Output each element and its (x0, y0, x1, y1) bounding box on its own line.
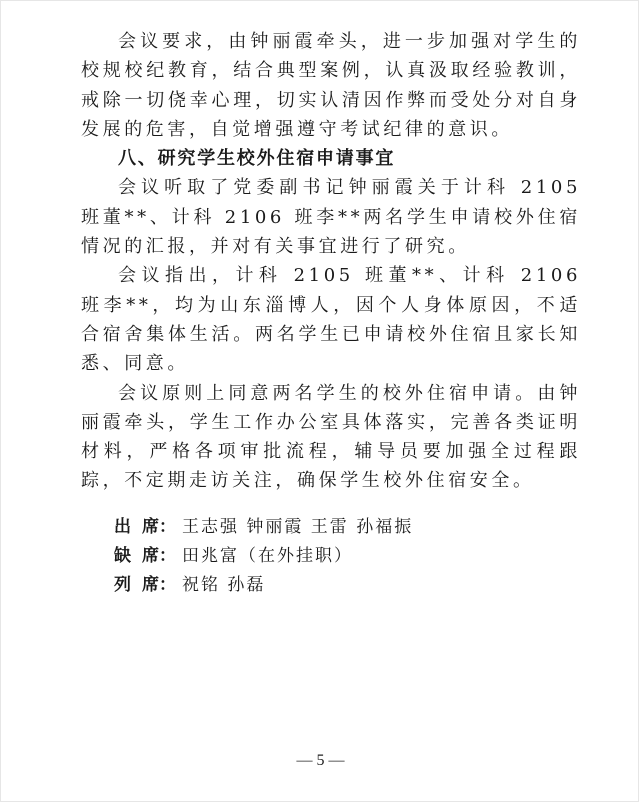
section-heading-8: 八、研究学生校外住宿申请事宜 (81, 144, 581, 173)
document-body: 会议要求，由钟丽霞牵头，进一步加强对学生的校规校纪教育，结合典型案例，认真汲取经… (81, 27, 581, 496)
attendance-label: 列 席： (114, 571, 182, 600)
paragraph-meeting-requirement: 会议要求，由钟丽霞牵头，进一步加强对学生的校规校纪教育，结合典型案例，认真汲取经… (81, 27, 581, 144)
attendance-names: 田兆富（在外挂职） (182, 542, 353, 571)
label-char: 缺 (114, 542, 136, 571)
paragraph-report: 会议听取了党委副书记钟丽霞关于计科 2105 班董**、计科 2106 班李**… (81, 173, 581, 261)
attendance-present: 出 席： 王志强 钟丽霞 王雷 孙福振 (114, 513, 413, 542)
label-char: 席： (142, 571, 182, 600)
document-page: 会议要求，由钟丽霞牵头，进一步加强对学生的校规校纪教育，结合典型案例，认真汲取经… (0, 0, 639, 802)
page-number: — 5 — (1, 752, 639, 770)
attendance-label: 出 席： (114, 513, 182, 542)
attendance-label: 缺 席： (114, 542, 182, 571)
label-char: 席： (142, 542, 182, 571)
attendance-absent: 缺 席： 田兆富（在外挂职） (114, 542, 413, 571)
label-char: 席： (142, 513, 182, 542)
label-char: 列 (114, 571, 136, 600)
label-char: 出 (114, 513, 136, 542)
attendance-list: 出 席： 王志强 钟丽霞 王雷 孙福振 缺 席： 田兆富（在外挂职） 列 席： … (114, 513, 413, 600)
attendance-names: 王志强 钟丽霞 王雷 孙福振 (182, 513, 413, 542)
attendance-observers: 列 席： 祝铭 孙磊 (114, 571, 413, 600)
paragraph-meeting-noted: 会议指出，计科 2105 班董**、计科 2106 班李**，均为山东淄博人，因… (81, 261, 581, 378)
paragraph-meeting-approval: 会议原则上同意两名学生的校外住宿申请。由钟丽霞牵头，学生工作办公室具体落实，完善… (81, 379, 581, 496)
attendance-names: 祝铭 孙磊 (182, 571, 265, 600)
